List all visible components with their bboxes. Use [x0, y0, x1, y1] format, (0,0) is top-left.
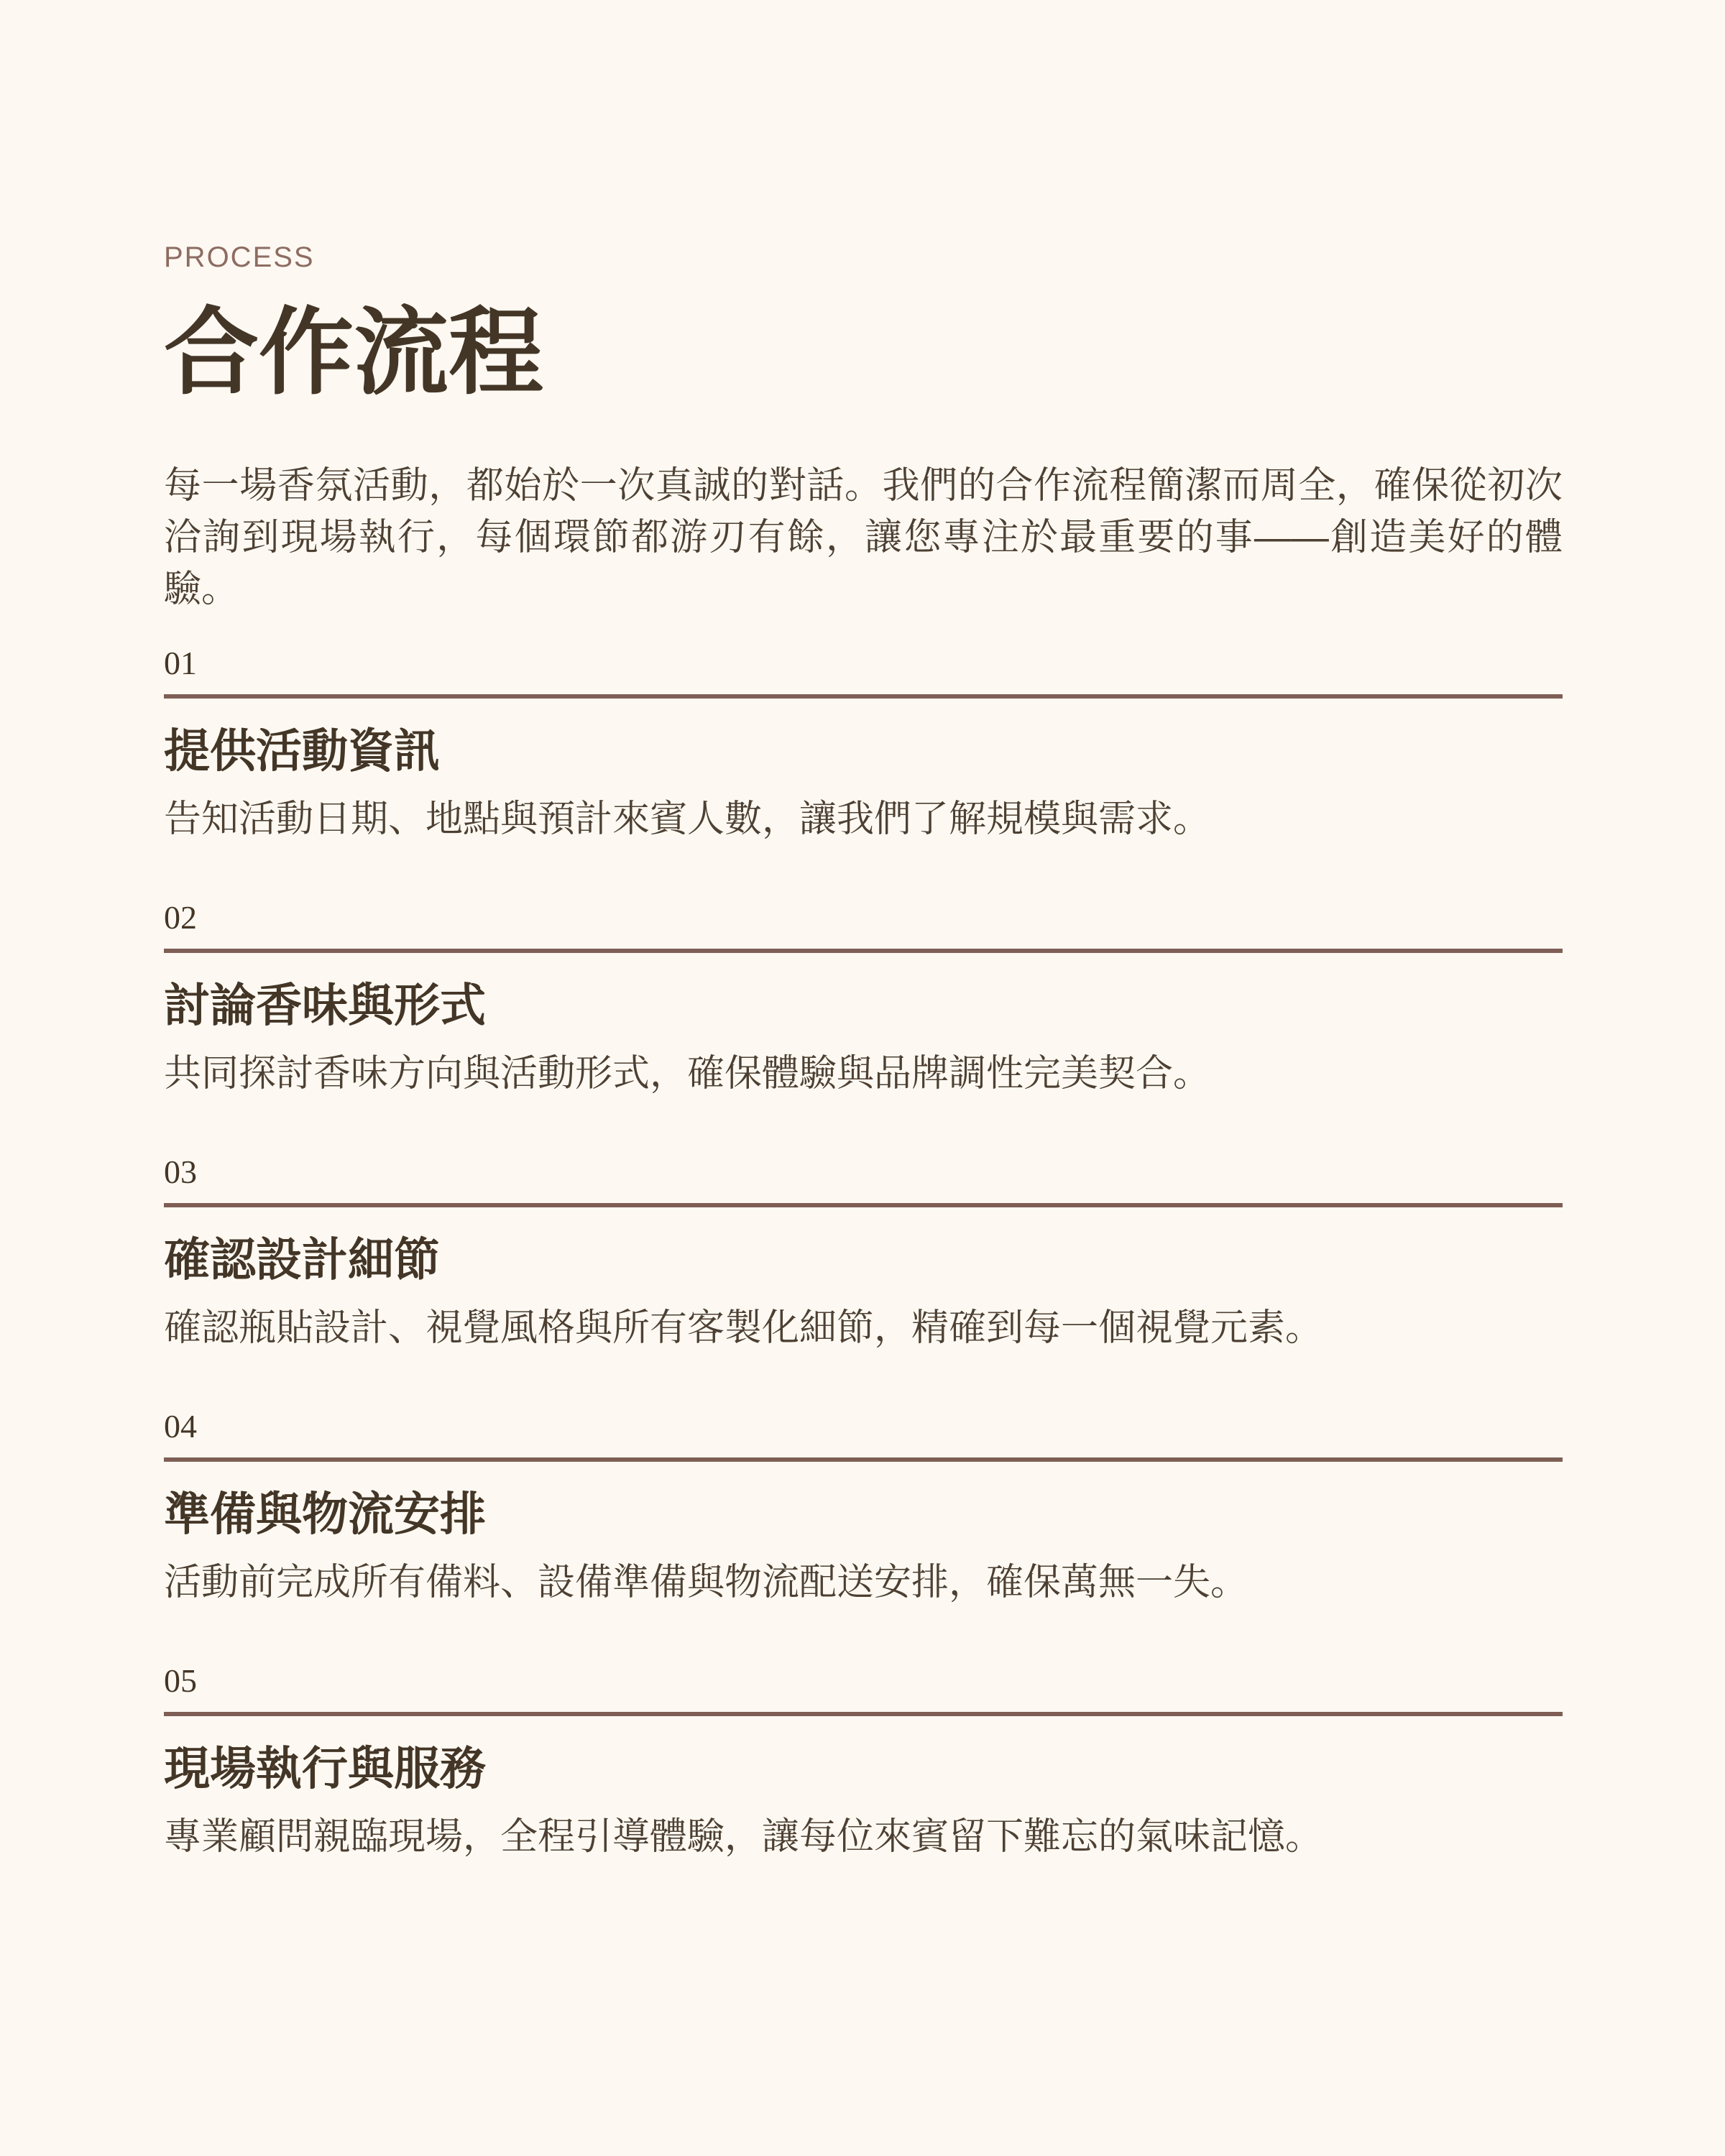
step-divider — [164, 1457, 1563, 1462]
step-title: 準備與物流安排 — [164, 1489, 1563, 1539]
step-title: 確認設計細節 — [164, 1235, 1563, 1285]
process-section: PROCESS 合作流程 每一場香氛活動，都始於一次真誠的對話。我們的合作流程簡… — [164, 0, 1563, 1860]
intro-paragraph: 每一場香氛活動，都始於一次真誠的對話。我們的合作流程簡潔而周全，確保從初次洽詢到… — [164, 460, 1563, 615]
step-number: 04 — [164, 1409, 1563, 1445]
step-divider — [164, 1712, 1563, 1716]
step-item: 05 現場執行與服務 專業顧問親臨現場，全程引導體驗，讓每位來賓留下難忘的氣味記… — [164, 1663, 1563, 1860]
step-number: 02 — [164, 900, 1563, 936]
step-title: 討論香味與形式 — [164, 980, 1563, 1031]
step-item: 03 確認設計細節 確認瓶貼設計、視覺風格與所有客製化細節，精確到每一個視覺元素… — [164, 1154, 1563, 1351]
step-title: 提供活動資訊 — [164, 726, 1563, 776]
step-divider — [164, 694, 1563, 699]
step-title: 現場執行與服務 — [164, 1743, 1563, 1794]
step-description: 告知活動日期、地點與預計來賓人數，讓我們了解規模與需求。 — [164, 796, 1563, 842]
step-number: 01 — [164, 645, 1563, 681]
step-description: 活動前完成所有備料、設備準備與物流配送安排，確保萬無一失。 — [164, 1560, 1563, 1606]
step-description: 確認瓶貼設計、視覺風格與所有客製化細節，精確到每一個視覺元素。 — [164, 1305, 1563, 1351]
eyebrow-label: PROCESS — [164, 243, 1563, 272]
step-number: 05 — [164, 1663, 1563, 1699]
step-divider — [164, 949, 1563, 953]
step-item: 04 準備與物流安排 活動前完成所有備料、設備準備與物流配送安排，確保萬無一失。 — [164, 1409, 1563, 1606]
step-divider — [164, 1203, 1563, 1207]
steps-list: 01 提供活動資訊 告知活動日期、地點與預計來賓人數，讓我們了解規模與需求。 0… — [164, 645, 1563, 1860]
page-title: 合作流程 — [164, 296, 1563, 410]
step-item: 01 提供活動資訊 告知活動日期、地點與預計來賓人數，讓我們了解規模與需求。 — [164, 645, 1563, 842]
step-description: 專業顧問親臨現場，全程引導體驗，讓每位來賓留下難忘的氣味記憶。 — [164, 1814, 1563, 1860]
step-number: 03 — [164, 1154, 1563, 1190]
step-description: 共同探討香味方向與活動形式，確保體驗與品牌調性完美契合。 — [164, 1051, 1563, 1097]
step-item: 02 討論香味與形式 共同探討香味方向與活動形式，確保體驗與品牌調性完美契合。 — [164, 900, 1563, 1097]
